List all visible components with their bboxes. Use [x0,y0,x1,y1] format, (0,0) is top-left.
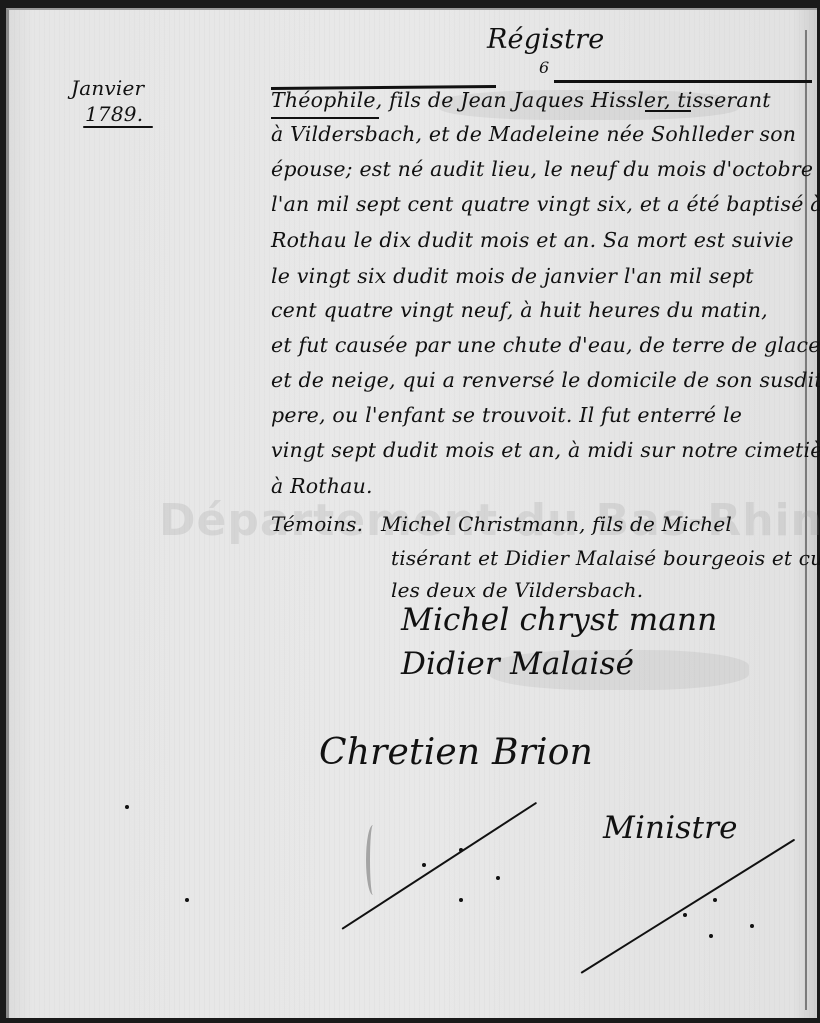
witness-label: Témoins. [271,512,363,536]
heading-rule-right [554,80,812,83]
signature-chretien-brion: Chretien Brion [319,732,593,773]
entry-line: Rothau le dix dudit mois et an. Sa mort … [271,228,794,252]
margin-flourish [83,126,153,128]
witness-line: les deux de Vildersbach. [391,578,643,602]
entry-line: à Vildersbach, et de Madeleine née Sohll… [271,122,796,146]
surname-underline [645,110,691,112]
margin-month: Janvier [71,76,144,100]
signature-michel-christmann: Michel chryst mann [401,602,717,638]
witness-line: tisérant et Didier Malaisé bourgeois et … [391,546,820,570]
register-title: Régistre [487,24,604,55]
entry-line: Théophile, fils de Jean Jaques Hissler, … [271,88,771,112]
page-number: 6 [539,58,549,77]
closing-stroke [580,839,795,974]
margin-year: 1789. [85,102,143,126]
ink-dot [422,863,426,867]
entry-line: et fut causée par une chute d'eau, de te… [271,333,820,357]
ink-dot [709,934,713,938]
entry-line: vingt sept dudit mois et an, à midi sur … [271,438,820,462]
entry-line: cent quatre vingt neuf, à huit heures du… [271,298,768,322]
ink-dot [185,898,189,902]
ink-dot [459,898,463,902]
entry-line: pere, ou l'enfant se trouvoit. Il fut en… [271,403,742,427]
ink-dot [713,898,717,902]
ink-dot [125,805,129,809]
entry-line: à Rothau. [271,474,373,498]
entry-line: et de neige, qui a renversé le domicile … [271,368,820,392]
ink-dot [683,913,687,917]
witness-line: Michel Christmann, fils de Michel [381,512,732,536]
entry-line: le vingt six dudit mois de janvier l'an … [271,264,754,288]
ink-dot [750,924,754,928]
document-page: Département du Bas-Rhin Régistre 6 Janvi… [6,8,817,1018]
signature-title-ministre: Ministre [603,810,738,846]
entry-line: l'an mil sept cent quatre vingt six, et … [271,192,820,216]
entry-line: épouse; est né audit lieu, le neuf du mo… [271,157,813,181]
ink-dot [496,876,500,880]
signature-didier-malaise: Didier Malaisé [401,646,634,682]
ink-mark [366,825,380,895]
ink-dot [459,848,463,852]
name-underline [271,117,379,119]
